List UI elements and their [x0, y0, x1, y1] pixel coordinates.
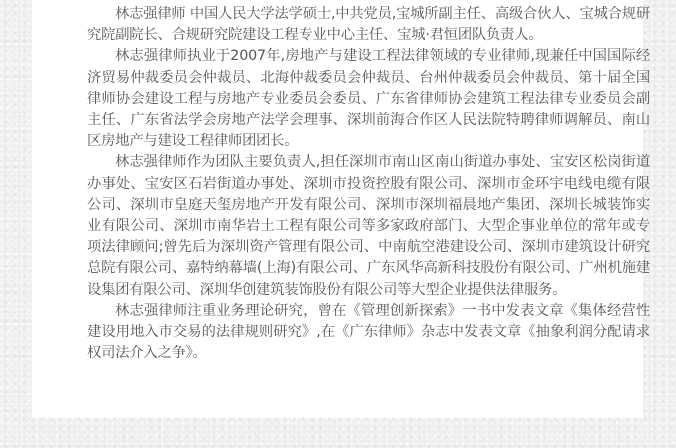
- bio-paragraph-education: 林志强律师 中国人民大学法学硕士,中共党员,宝城所副主任、高级合伙人、宝城合规研…: [87, 4, 650, 46]
- content-panel: 林志强律师 中国人民大学法学硕士,中共党员,宝城所副主任、高级合伙人、宝城合规研…: [32, 0, 643, 418]
- bio-paragraph-clients: 林志强律师作为团队主要负责人,担任深圳市南山区南山街道办事处、宝安区松岗街道办事…: [87, 152, 650, 300]
- bio-paragraph-practice: 林志强律师执业于2007年,房地产与建设工程法律领域的专业律师,现兼任中国国际经…: [87, 46, 650, 152]
- bio-paragraph-publications: 林志强律师注重业务理论研究，曾在《管理创新探索》一书中发表文章《集体经营性建设用…: [87, 301, 650, 365]
- lawyer-bio-article: 林志强律师 中国人民大学法学硕士,中共党员,宝城所副主任、高级合伙人、宝城合规研…: [87, 4, 650, 364]
